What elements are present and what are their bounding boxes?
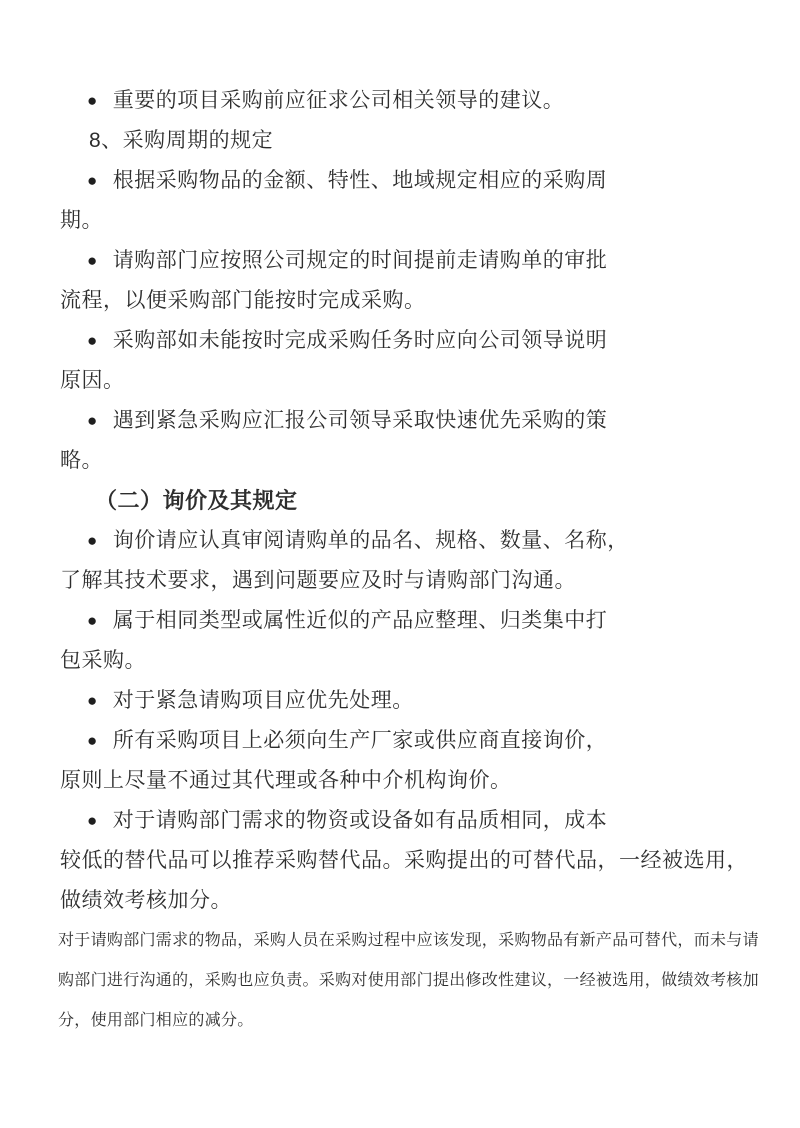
text-line: ●采购部如未能按时完成采购任务时应向公司领导说明 bbox=[0, 321, 800, 361]
text-line: 包采购。 bbox=[0, 641, 800, 681]
bullet-icon: ● bbox=[87, 321, 98, 361]
bullet-text: 对于紧急请购项目应优先处理。 bbox=[113, 689, 414, 712]
bullet-icon: ● bbox=[87, 161, 98, 201]
text-line: ●属于相同类型或属性近似的产品应整理、归类集中打 bbox=[0, 601, 800, 641]
bullet-item: ●询价请应认真审阅请购单的品名、规格、数量、名称， 了解其技术要求，遇到问题要应… bbox=[0, 521, 800, 601]
text-line: ●询价请应认真审阅请购单的品名、规格、数量、名称， bbox=[0, 521, 800, 561]
note-line: 购部门进行沟通的，采购也应负责。采购对使用部门提出修改性建议，一经被选用，做绩效… bbox=[0, 961, 800, 1001]
bullet-item: ●遇到紧急采购应汇报公司领导采取快速优先采购的策 略。 bbox=[0, 401, 800, 481]
bullet-item: ●对于请购部门需求的物资或设备如有品质相同，成本 较低的替代品可以推荐采购替代品… bbox=[0, 801, 800, 921]
bullet-icon: ● bbox=[87, 81, 98, 121]
bullet-icon: ● bbox=[87, 801, 98, 841]
note-paragraph: 对于请购部门需求的物品，采购人员在采购过程中应该发现，采购物品有新产品可替代，而… bbox=[0, 921, 800, 1041]
text-line: ●请购部门应按照公司规定的时间提前走请购单的审批 bbox=[0, 241, 800, 281]
text-line: 略。 bbox=[0, 441, 800, 481]
bullet-item: ●重要的项目采购前应征求公司相关领导的建议。 bbox=[0, 81, 800, 121]
bullet-item: ●对于紧急请购项目应优先处理。 bbox=[0, 681, 800, 721]
text-line: 流程，以便采购部门能按时完成采购。 bbox=[0, 281, 800, 321]
bullet-item: ●所有采购项目上必须向生产厂家或供应商直接询价， 原则上尽量不通过其代理或各种中… bbox=[0, 721, 800, 801]
bullet-text: 属于相同类型或属性近似的产品应整理、归类集中打 bbox=[113, 609, 608, 632]
text-line: 原因。 bbox=[0, 361, 800, 401]
text-line: 原则上尽量不通过其代理或各种中介机构询价。 bbox=[0, 761, 800, 801]
note-line: 对于请购部门需求的物品，采购人员在采购过程中应该发现，采购物品有新产品可替代，而… bbox=[0, 921, 800, 961]
bullet-icon: ● bbox=[87, 521, 98, 561]
section-heading-2-inquiry: （二）询价及其规定 bbox=[0, 481, 800, 521]
bullet-icon: ● bbox=[87, 601, 98, 641]
bullet-item: ●采购部如未能按时完成采购任务时应向公司领导说明 原因。 bbox=[0, 321, 800, 401]
bullet-item: ●根据采购物品的金额、特性、地域规定相应的采购周 期。 bbox=[0, 161, 800, 241]
bullet-item: ●请购部门应按照公司规定的时间提前走请购单的审批 流程，以便采购部门能按时完成采… bbox=[0, 241, 800, 321]
text-line: ●根据采购物品的金额、特性、地域规定相应的采购周 bbox=[0, 161, 800, 201]
text-line: 较低的替代品可以推荐采购替代品。采购提出的可替代品，一经被选用， bbox=[0, 841, 800, 881]
text-line: ●对于请购部门需求的物资或设备如有品质相同，成本 bbox=[0, 801, 800, 841]
bullet-text: 询价请应认真审阅请购单的品名、规格、数量、名称， bbox=[113, 529, 629, 552]
bullet-text: 请购部门应按照公司规定的时间提前走请购单的审批 bbox=[113, 249, 608, 272]
note-line: 分，使用部门相应的减分。 bbox=[0, 1001, 800, 1041]
bullet-icon: ● bbox=[87, 721, 98, 761]
text-line: ●遇到紧急采购应汇报公司领导采取快速优先采购的策 bbox=[0, 401, 800, 441]
text-line: ●对于紧急请购项目应优先处理。 bbox=[0, 681, 800, 721]
bullet-icon: ● bbox=[87, 241, 98, 281]
bullet-icon: ● bbox=[87, 681, 98, 721]
bullet-text: 遇到紧急采购应汇报公司领导采取快速优先采购的策 bbox=[113, 409, 608, 432]
bullet-text: 重要的项目采购前应征求公司相关领导的建议。 bbox=[113, 89, 565, 112]
bullet-text: 根据采购物品的金额、特性、地域规定相应的采购周 bbox=[113, 169, 608, 192]
section-heading-8: 8、采购周期的规定 bbox=[0, 121, 800, 161]
text-line: ●重要的项目采购前应征求公司相关领导的建议。 bbox=[0, 81, 800, 121]
bullet-text: 采购部如未能按时完成采购任务时应向公司领导说明 bbox=[113, 329, 608, 352]
bullet-item: ●属于相同类型或属性近似的产品应整理、归类集中打 包采购。 bbox=[0, 601, 800, 681]
bullet-text: 所有采购项目上必须向生产厂家或供应商直接询价， bbox=[113, 729, 608, 752]
text-line: 做绩效考核加分。 bbox=[0, 881, 800, 921]
text-line: 了解其技术要求，遇到问题要应及时与请购部门沟通。 bbox=[0, 561, 800, 601]
document-page: ●重要的项目采购前应征求公司相关领导的建议。 8、采购周期的规定 ●根据采购物品… bbox=[0, 0, 800, 1128]
text-line: ●所有采购项目上必须向生产厂家或供应商直接询价， bbox=[0, 721, 800, 761]
bullet-text: 对于请购部门需求的物资或设备如有品质相同，成本 bbox=[113, 809, 608, 832]
bullet-icon: ● bbox=[87, 401, 98, 441]
text-line: 期。 bbox=[0, 201, 800, 241]
heading-text: （二）询价及其规定 bbox=[0, 481, 800, 521]
heading-text: 8、采购周期的规定 bbox=[0, 121, 800, 161]
